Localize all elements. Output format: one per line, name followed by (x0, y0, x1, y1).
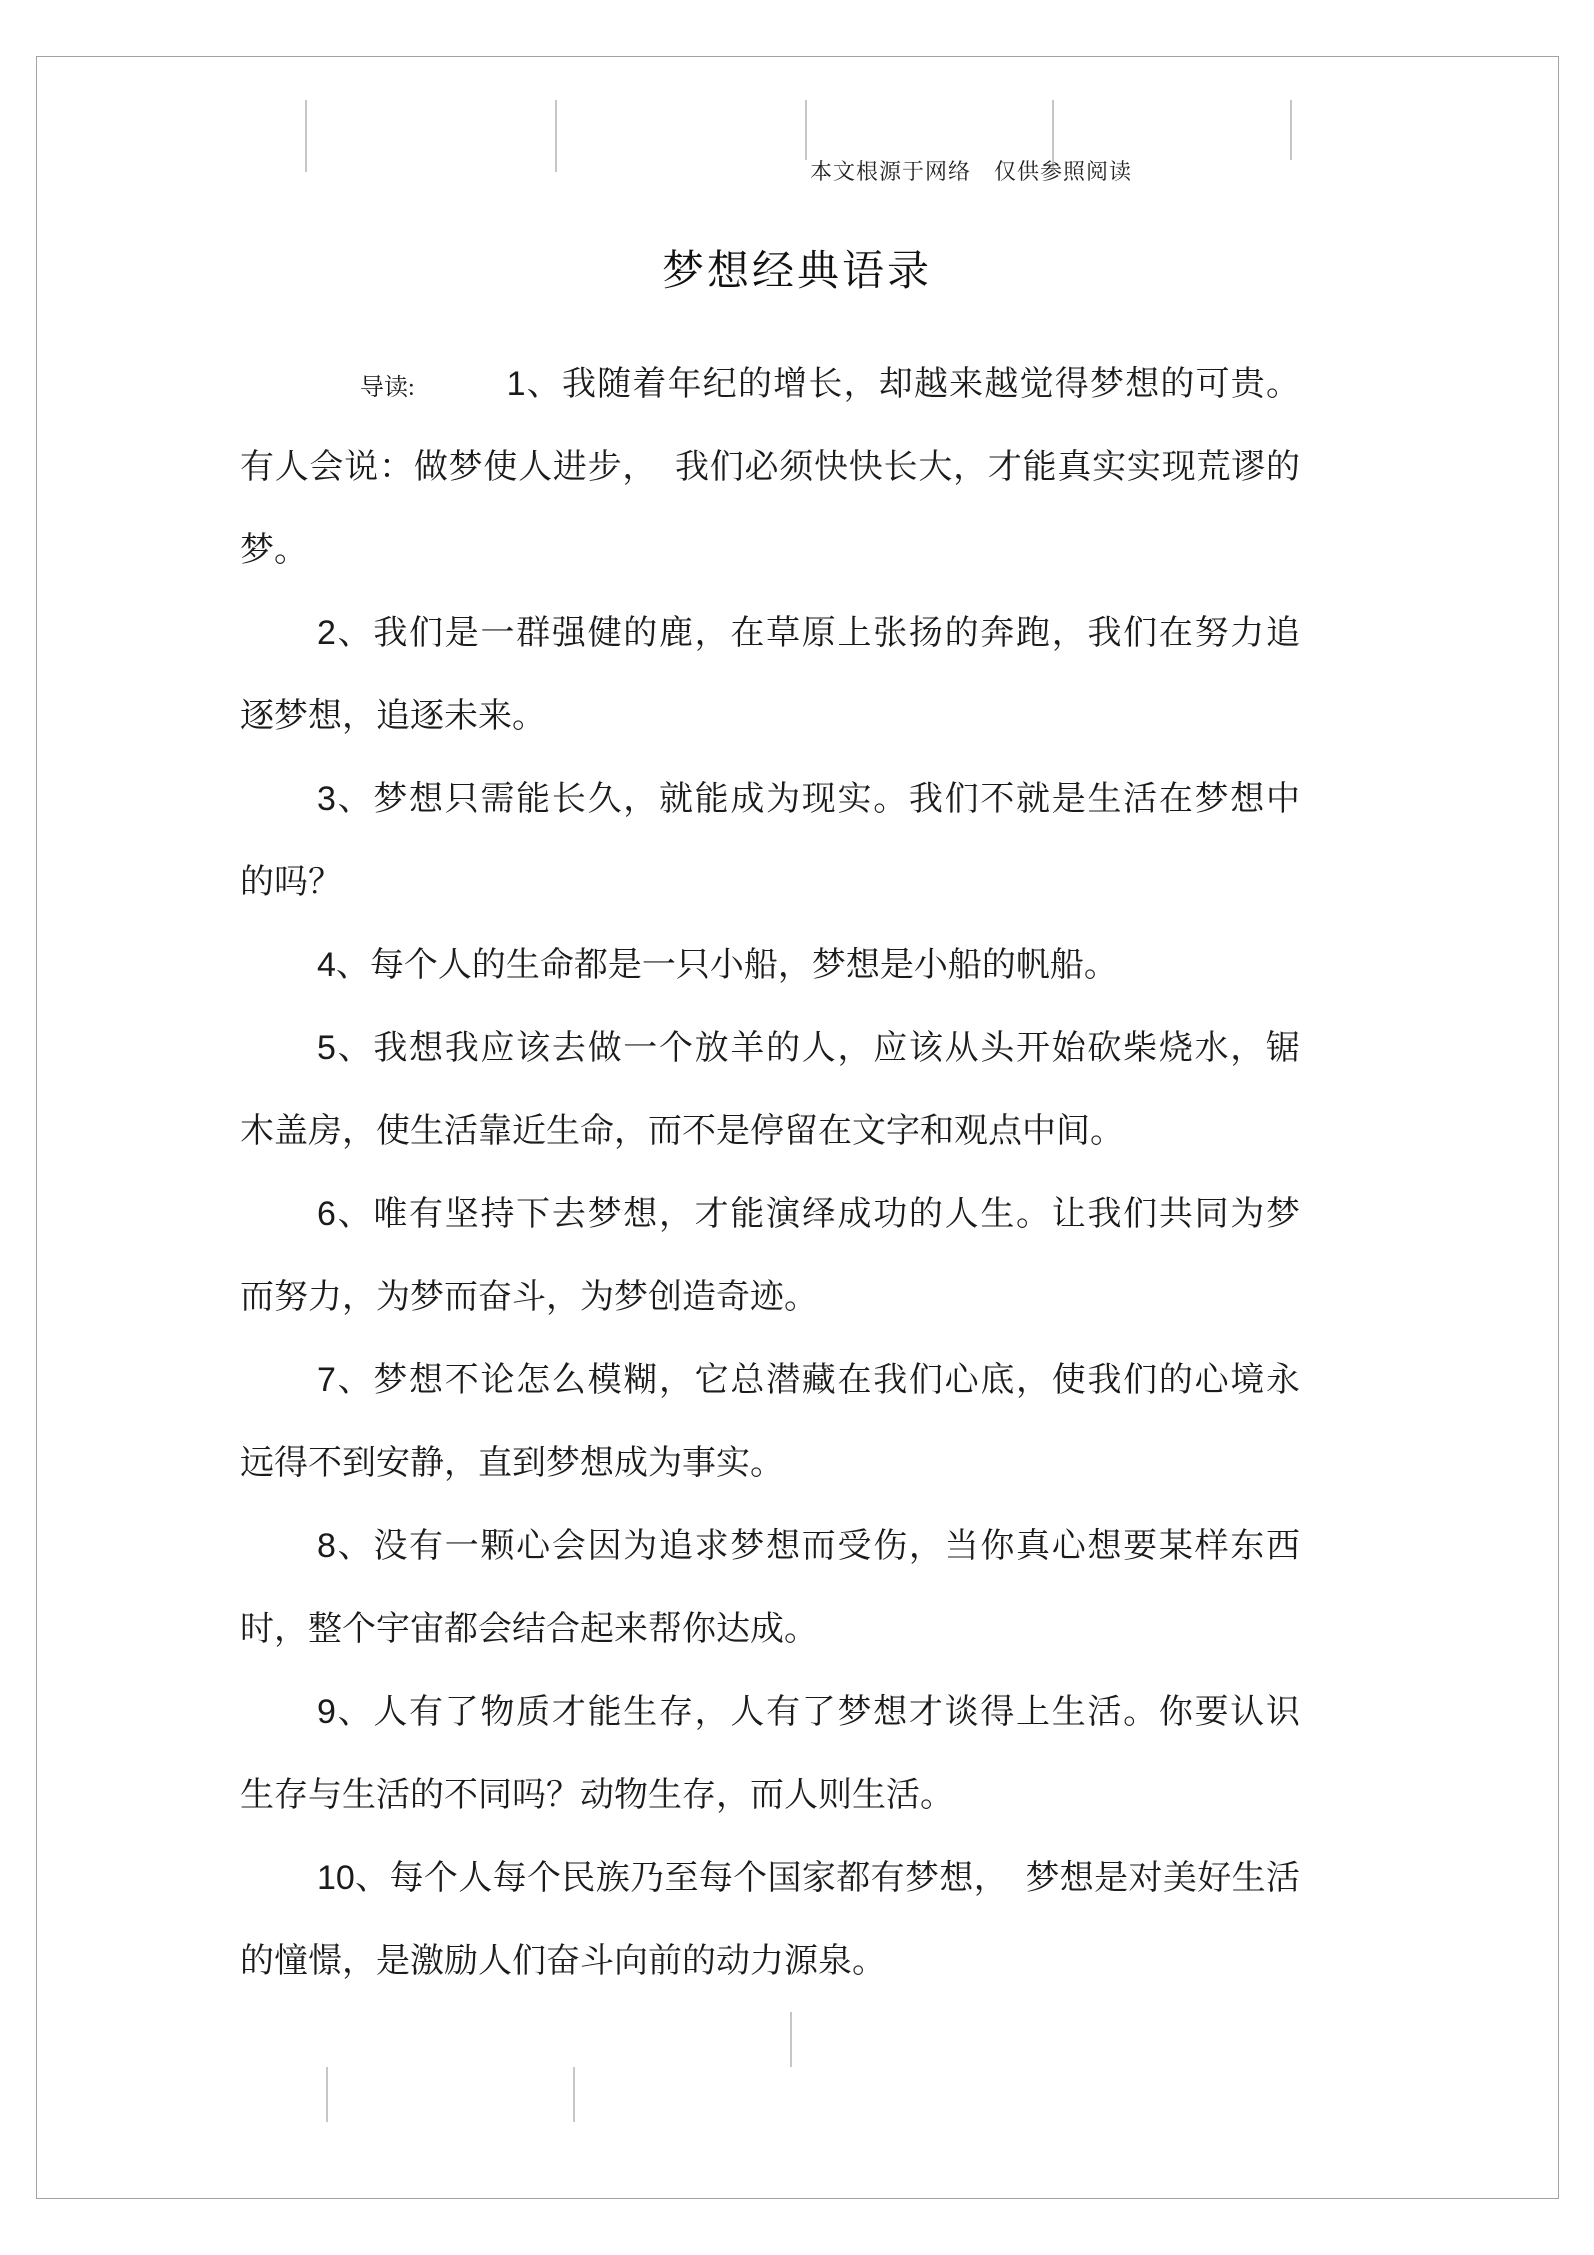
crop-mark-bottom-1 (790, 2012, 792, 2067)
text-line: 远得不到安静，直到梦想成为事实。 (240, 1422, 1300, 1505)
document-page: 本文根源于网络 仅供参照阅读 梦想经典语录 导读:1、我随着年纪的增长，却越来越… (0, 0, 1594, 2255)
source-note: 本文根源于网络 仅供参照阅读 (810, 155, 1132, 186)
list-number: 8、 (317, 1527, 373, 1565)
document-body: 导读:1、我随着年纪的增长，却越来越觉得梦想的可贵。有人会说：做梦使人进步， 我… (240, 343, 1300, 2003)
text-line: 导读:1、我随着年纪的增长，却越来越觉得梦想的可贵。 (240, 343, 1300, 426)
crop-mark-bottom-2 (326, 2067, 328, 2122)
text-line: 6、唯有坚持下去梦想，才能演绎成功的人生。让我们共同为梦 (240, 1173, 1300, 1256)
crop-mark-top-3 (805, 100, 807, 160)
text-line: 生存与生活的不同吗？动物生存，而人则生活。 (240, 1754, 1300, 1837)
crop-mark-top-1 (305, 100, 307, 172)
list-number: 10、 (317, 1859, 390, 1897)
text-line: 5、我想我应该去做一个放羊的人，应该从头开始砍柴烧水，锯 (240, 1007, 1300, 1090)
text-line: 梦。 (240, 509, 1300, 592)
text-line: 木盖房，使生活靠近生命，而不是停留在文字和观点中间。 (240, 1090, 1300, 1173)
text-line: 而努力，为梦而奋斗，为梦创造奇迹。 (240, 1256, 1300, 1339)
text-line: 3、梦想只需能长久，就能成为现实。我们不就是生活在梦想中 (240, 758, 1300, 841)
crop-mark-top-2 (555, 100, 557, 172)
text-line: 8、没有一颗心会因为追求梦想而受伤，当你真心想要某样东西 (240, 1505, 1300, 1588)
text-line: 10、每个人每个民族乃至每个国家都有梦想， 梦想是对美好生活 (240, 1837, 1300, 1920)
list-number: 5、 (317, 1029, 373, 1067)
list-number: 4、 (317, 946, 370, 984)
list-number: 7、 (317, 1361, 373, 1399)
text-line: 的憧憬，是激励人们奋斗向前的动力源泉。 (240, 1920, 1300, 2003)
list-number: 6、 (317, 1195, 373, 1233)
text-line: 时，整个宇宙都会结合起来帮你达成。 (240, 1588, 1300, 1671)
text-line: 有人会说：做梦使人进步， 我们必须快快长大，才能真实实现荒谬的 (240, 426, 1300, 509)
crop-mark-top-5 (1290, 100, 1292, 160)
text-line: 7、梦想不论怎么模糊，它总潜藏在我们心底，使我们的心境永 (240, 1339, 1300, 1422)
page-title: 梦想经典语录 (0, 238, 1594, 298)
lead-line-text: 1、我随着年纪的增长，却越来越觉得梦想的可贵。 (507, 343, 1300, 426)
list-number: 3、 (317, 780, 373, 818)
list-number: 2、 (317, 614, 373, 652)
text-line: 2、我们是一群强健的鹿，在草原上张扬的奔跑，我们在努力追 (240, 592, 1300, 675)
lead-label: 导读: (360, 347, 415, 430)
list-number: 9、 (317, 1693, 373, 1731)
text-line: 逐梦想，追逐未来。 (240, 675, 1300, 758)
text-line: 的吗？ (240, 841, 1300, 924)
text-line: 4、每个人的生命都是一只小船，梦想是小船的帆船。 (240, 924, 1300, 1007)
list-number: 1、 (507, 365, 562, 403)
text-line: 9、人有了物质才能生存，人有了梦想才谈得上生活。你要认识 (240, 1671, 1300, 1754)
crop-mark-bottom-3 (573, 2067, 575, 2122)
